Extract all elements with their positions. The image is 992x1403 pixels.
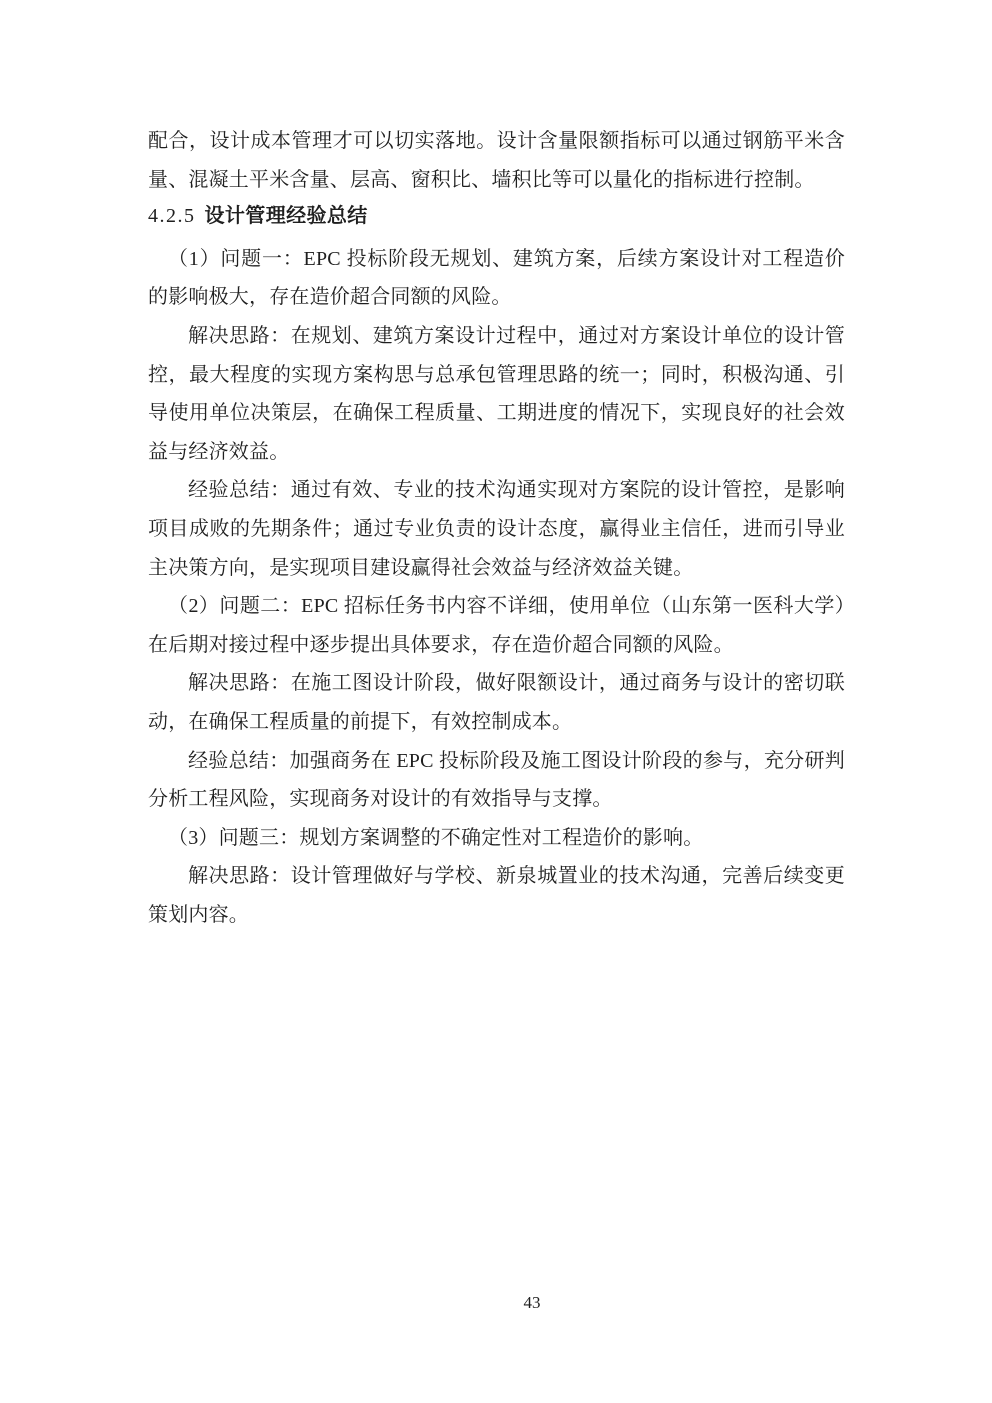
section-heading-title: 设计管理经验总结 <box>205 205 368 227</box>
page-number: 43 <box>524 1292 541 1314</box>
paragraph-experience-1: 经验总结：通过有效、专业的技术沟通实现对方案院的设计管控，是影响项目成败的先期条… <box>148 471 845 587</box>
document-page: 配合，设计成本管理才可以切实落地。设计含量限额指标可以通过钢筋平米含量、混凝土平… <box>0 0 992 1403</box>
page-body: 配合，设计成本管理才可以切实落地。设计含量限额指标可以通过钢筋平米含量、混凝土平… <box>148 122 845 934</box>
paragraph-problem-3: （3）问题三：规划方案调整的不确定性对工程造价的影响。 <box>148 819 845 858</box>
page-footer: 43 <box>0 1292 992 1314</box>
paragraph-cost-control-continuation: 配合，设计成本管理才可以切实落地。设计含量限额指标可以通过钢筋平米含量、混凝土平… <box>148 122 845 199</box>
paragraph-solution-1: 解决思路：在规划、建筑方案设计过程中，通过对方案设计单位的设计管控，最大程度的实… <box>148 317 845 471</box>
paragraph-solution-3: 解决思路：设计管理做好与学校、新泉城置业的技术沟通，完善后续变更策划内容。 <box>148 857 845 934</box>
paragraph-experience-2: 经验总结：加强商务在 EPC 投标阶段及施工图设计阶段的参与，充分研判分析工程风… <box>148 742 845 819</box>
paragraph-solution-2: 解决思路：在施工图设计阶段，做好限额设计，通过商务与设计的密切联动，在确保工程质… <box>148 664 845 741</box>
section-heading: 4.2.5设计管理经验总结 <box>148 197 845 236</box>
paragraph-problem-1: （1）问题一：EPC 投标阶段无规划、建筑方案，后续方案设计对工程造价的影响极大… <box>148 240 845 317</box>
section-heading-number: 4.2.5 <box>148 205 196 227</box>
paragraph-problem-2: （2）问题二：EPC 招标任务书内容不详细，使用单位（山东第一医科大学）在后期对… <box>148 587 845 664</box>
